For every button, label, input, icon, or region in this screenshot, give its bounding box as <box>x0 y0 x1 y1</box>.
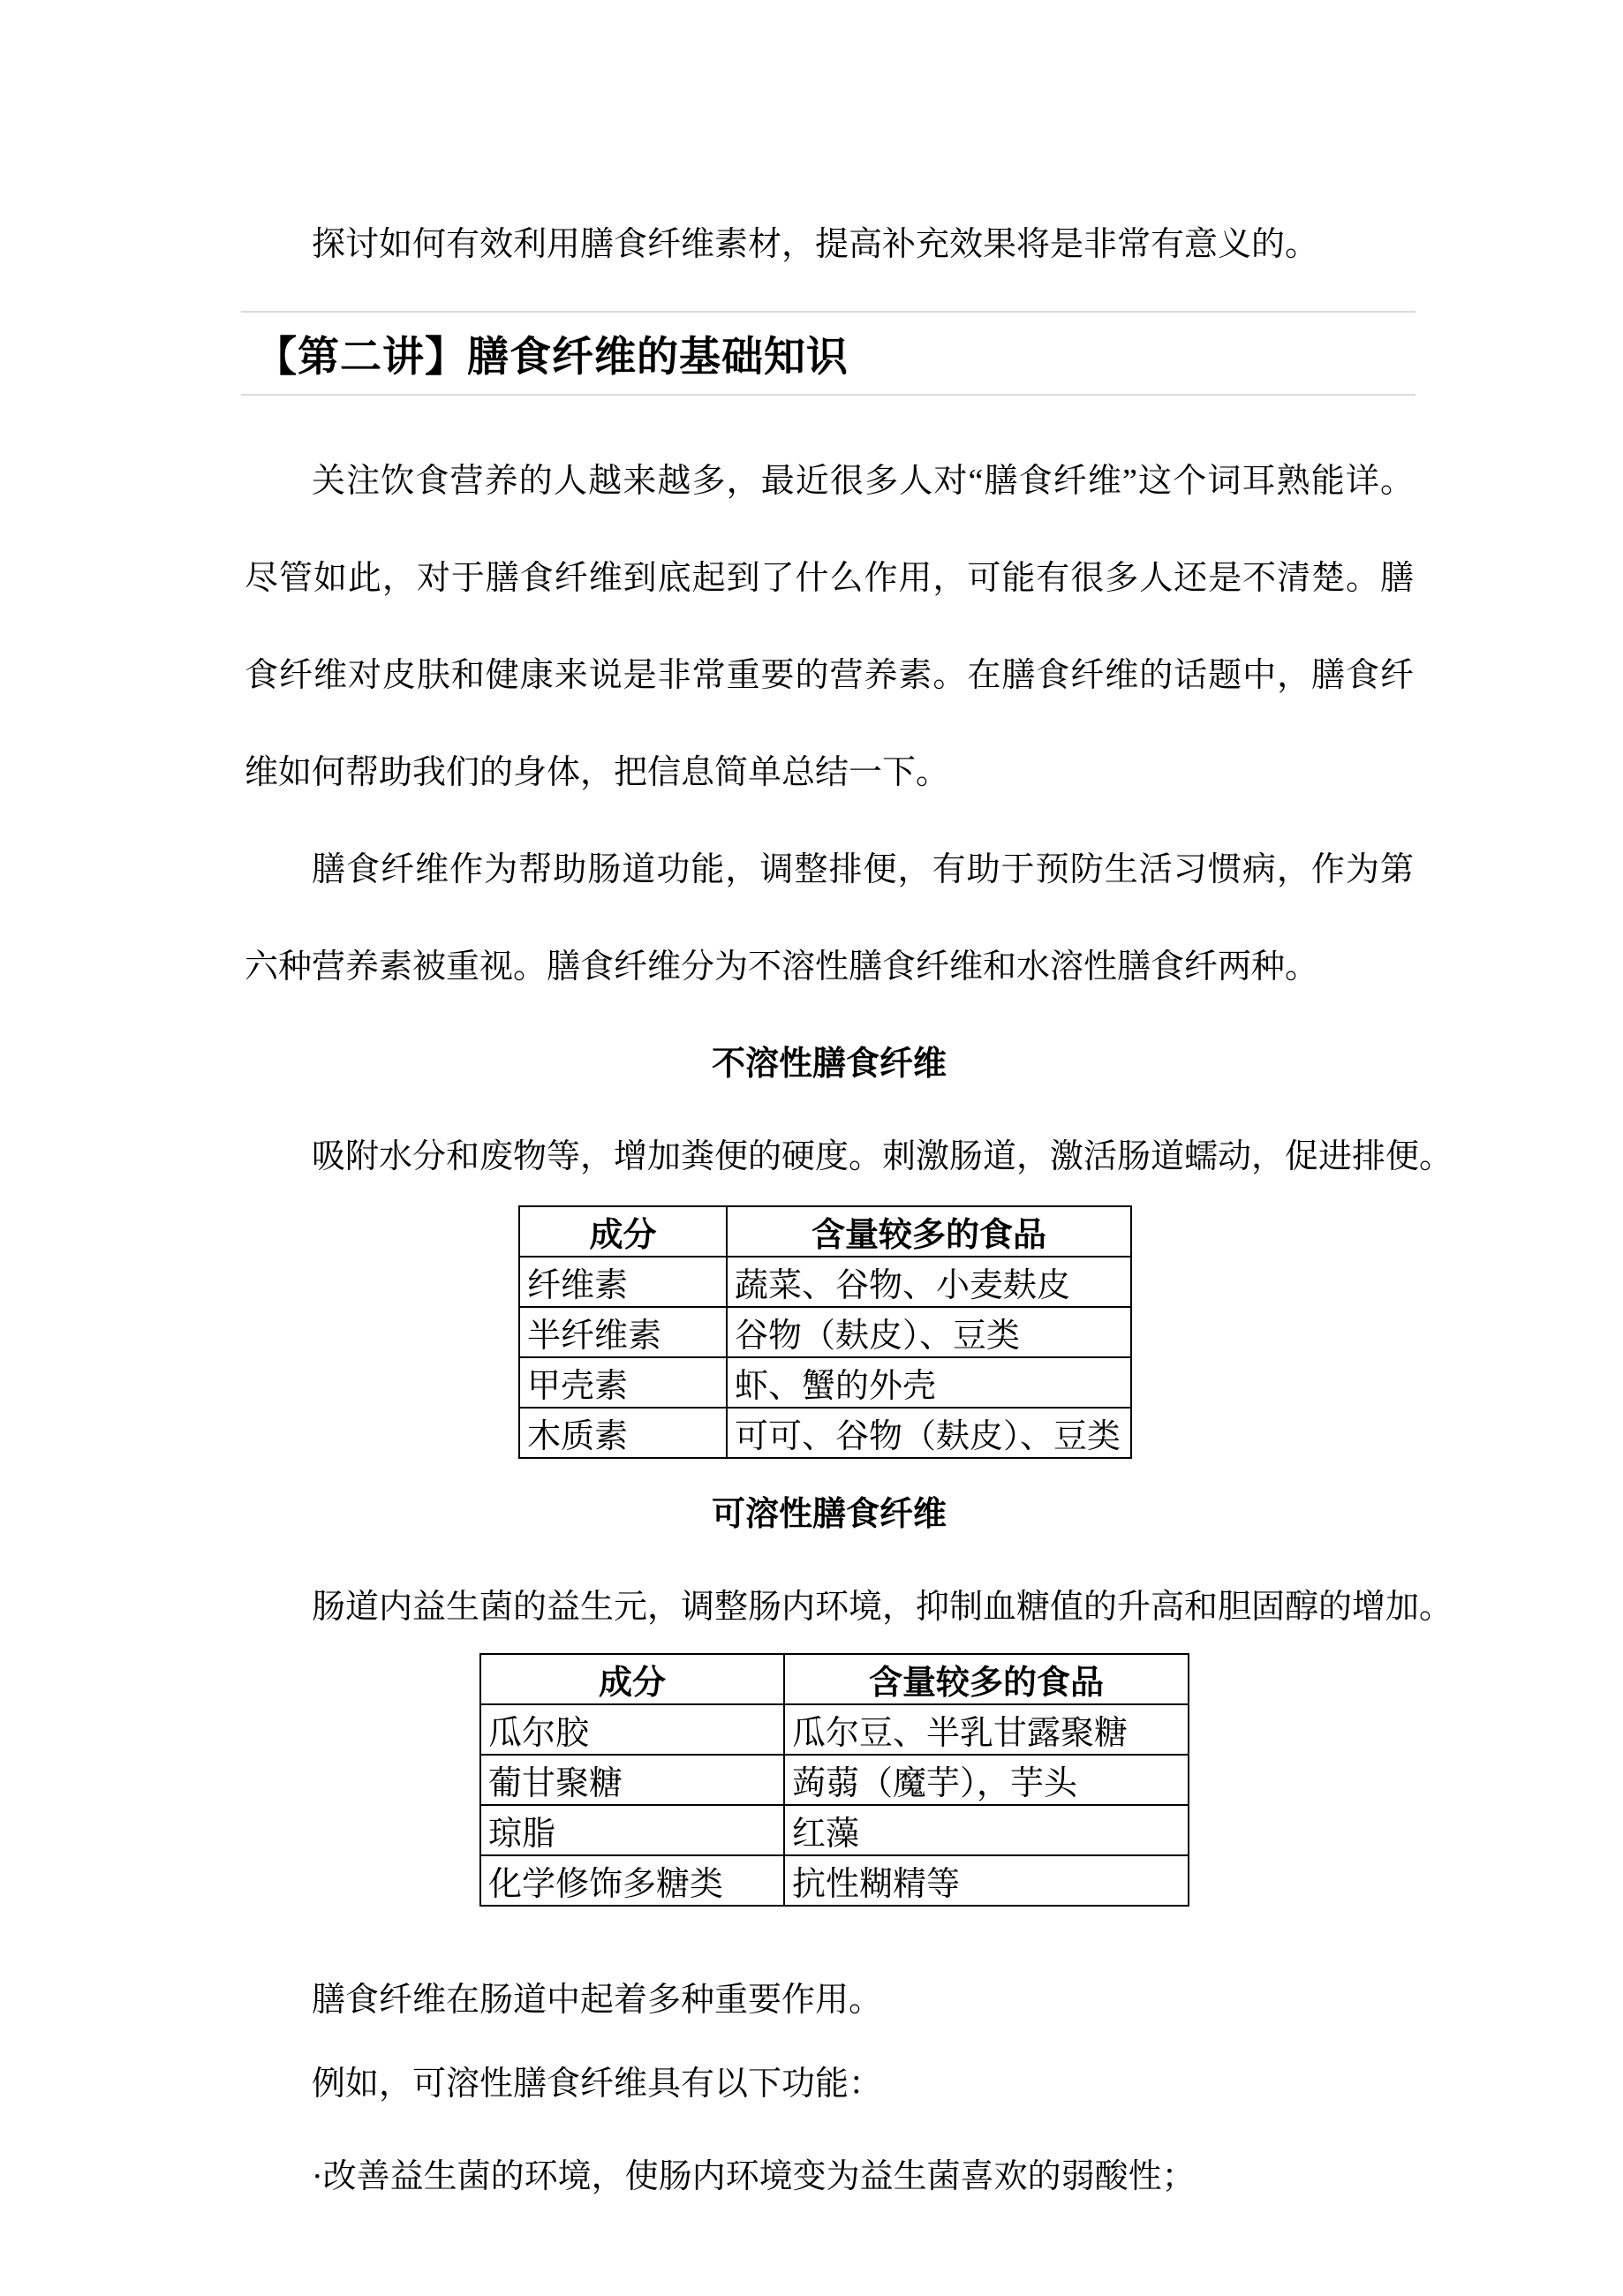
table-cell: 瓜尔胶 <box>480 1704 784 1755</box>
table-cell: 葡甘聚糖 <box>480 1755 784 1805</box>
table-row: 半纤维素 谷物（麸皮）、豆类 <box>519 1307 1131 1357</box>
table-cell: 抗性糊精等 <box>784 1855 1189 1906</box>
soluble-section-title: 可溶性膳食纤维 <box>245 1492 1414 1537</box>
bullet-line-probiotics: ·改善益生菌的环境，使肠内环境变为益生菌喜欢的弱酸性； <box>245 2155 1414 2199</box>
table-cell: 红藻 <box>784 1805 1189 1855</box>
table-row: 瓜尔胶 瓜尔豆、半乳甘露聚糖 <box>480 1704 1189 1755</box>
paragraph-sixth-nutrient: 膳食纤维作为帮助肠道功能，调整排便，有助于预防生活习惯病，作为第六种营养素被重视… <box>245 821 1414 1016</box>
table-header-cell: 含量较多的食品 <box>784 1654 1189 1704</box>
table-row: 木质素 可可、谷物（麸皮）、豆类 <box>519 1408 1131 1458</box>
soluble-description: 肠道内益生菌的益生元，调整肠内环境，抑制血糖值的升高和胆固醇的增加。 <box>245 1585 1414 1629</box>
intro-paragraph: 探讨如何有效利用膳食纤维素材，提高补充效果将是非常有意义的。 <box>245 223 1414 267</box>
table-row: 葡甘聚糖 蒟蒻（魔芋），芋头 <box>480 1755 1189 1805</box>
paragraph-overview: 关注饮食营养的人越来越多，最近很多人对“膳食纤维”这个词耳熟能详。尽管如此，对于… <box>245 433 1414 821</box>
table-cell: 甲壳素 <box>519 1357 727 1408</box>
table-cell: 木质素 <box>519 1408 727 1458</box>
soluble-table: 成分 含量较多的食品 瓜尔胶 瓜尔豆、半乳甘露聚糖 葡甘聚糖 蒟蒻（魔芋），芋头… <box>479 1653 1189 1907</box>
table-row: 化学修饰多糖类 抗性糊精等 <box>480 1855 1189 1906</box>
table-header-row: 成分 含量较多的食品 <box>480 1654 1189 1704</box>
table-cell: 瓜尔豆、半乳甘露聚糖 <box>784 1704 1189 1755</box>
table-header-cell: 成分 <box>480 1654 784 1704</box>
table-row: 琼脂 红藻 <box>480 1805 1189 1855</box>
table-row: 甲壳素 虾、蟹的外壳 <box>519 1357 1131 1408</box>
table-cell: 可可、谷物（麸皮）、豆类 <box>727 1408 1131 1458</box>
insoluble-section-title: 不溶性膳食纤维 <box>245 1042 1414 1086</box>
section-heading-text: 【第二讲】膳食纤维的基础知识 <box>255 324 849 383</box>
table-cell: 蔬菜、谷物、小麦麸皮 <box>727 1257 1131 1307</box>
table-cell: 化学修饰多糖类 <box>480 1855 784 1906</box>
table-cell: 谷物（麸皮）、豆类 <box>727 1307 1131 1357</box>
insoluble-description: 吸附水分和废物等，增加粪便的硬度。刺激肠道，激活肠道蠕动，促进排便。 <box>245 1135 1414 1179</box>
table-cell: 纤维素 <box>519 1257 727 1307</box>
table-row: 纤维素 蔬菜、谷物、小麦麸皮 <box>519 1257 1131 1307</box>
insoluble-table: 成分 含量较多的食品 纤维素 蔬菜、谷物、小麦麸皮 半纤维素 谷物（麸皮）、豆类… <box>518 1205 1132 1459</box>
table-cell: 琼脂 <box>480 1805 784 1855</box>
section-heading: 【第二讲】膳食纤维的基础知识 <box>241 311 1415 396</box>
table-header-cell: 成分 <box>519 1206 727 1257</box>
table-header-cell: 含量较多的食品 <box>727 1206 1131 1257</box>
table-cell: 蒟蒻（魔芋），芋头 <box>784 1755 1189 1805</box>
table-cell: 半纤维素 <box>519 1307 727 1357</box>
closing-line-example: 例如，可溶性膳食纤维具有以下功能： <box>245 2062 1414 2106</box>
table-header-row: 成分 含量较多的食品 <box>519 1206 1131 1257</box>
document-page: 探讨如何有效利用膳食纤维素材，提高补充效果将是非常有意义的。 【第二讲】膳食纤维… <box>0 0 1623 2296</box>
closing-line-roles: 膳食纤维在肠道中起着多种重要作用。 <box>245 1978 1414 2022</box>
table-cell: 虾、蟹的外壳 <box>727 1357 1131 1408</box>
